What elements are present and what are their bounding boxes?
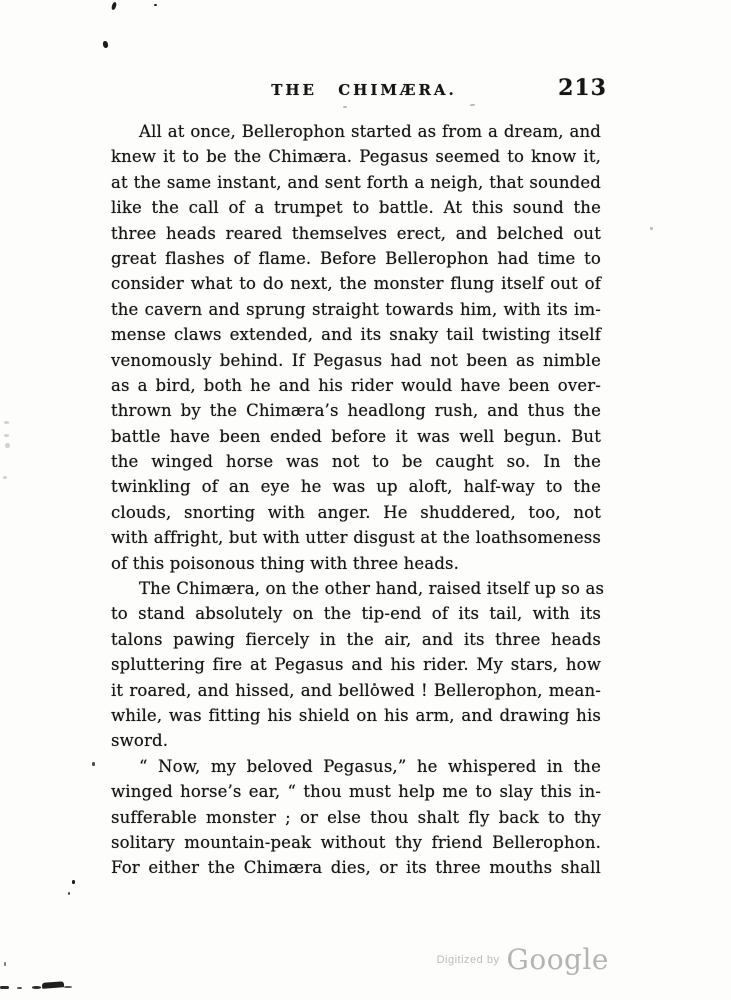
text-line: clouds, snorting with anger. He shuddere… <box>111 500 601 525</box>
ink-speck <box>4 434 9 437</box>
body-text: All at once, Bellerophon started as from… <box>111 119 601 881</box>
text-line: mense claws extended, and its snaky tail… <box>111 322 601 347</box>
text-line: winged horse’s ear, “ thou must help me … <box>111 779 601 804</box>
text-line: talons pawing fiercely in the air, and i… <box>111 627 601 652</box>
ink-speck <box>92 762 95 766</box>
page-edge-smudge <box>0 986 9 989</box>
text-line: consider what to do next, the monster fl… <box>111 271 601 296</box>
text-line: it roared, and hissed, and bellowed ! Be… <box>111 678 601 703</box>
text-line: “ Now, my beloved Pegasus,” he whispered… <box>111 754 601 779</box>
ink-speck <box>650 227 653 230</box>
ink-speck <box>4 962 6 966</box>
ink-speck <box>72 880 75 884</box>
ink-speck <box>68 892 70 895</box>
text-line: with affright, but with utter disgust at… <box>111 525 601 550</box>
running-head: THE CHIMÆRA. 213 <box>0 0 731 110</box>
text-line: The Chimæra, on the other hand, raised i… <box>111 576 601 601</box>
text-line: battle have been ended before it was wel… <box>111 424 601 449</box>
page-title: THE CHIMÆRA. <box>271 81 457 99</box>
text-line: great flashes of flame. Before Belleroph… <box>111 246 601 271</box>
ink-speck <box>4 421 9 424</box>
text-line: For either the Chimæra dies, or its thre… <box>111 855 601 880</box>
page-edge-smudge <box>32 986 41 989</box>
page-number: 213 <box>558 75 607 101</box>
text-line: thrown by the Chimæra’s headlong rush, a… <box>111 398 601 423</box>
text-line: three heads reared themselves erect, and… <box>111 221 601 246</box>
text-line: while, was fitting his shield on his arm… <box>111 703 601 728</box>
text-line: sword. <box>111 728 601 753</box>
digitization-watermark: Digitized byGoogle <box>437 943 609 976</box>
text-line: All at once, Bellerophon started as from… <box>111 119 601 144</box>
text-line: knew it to be the Chimæra. Pegasus seeme… <box>111 144 601 169</box>
text-line: sufferable monster ; or else thou shalt … <box>111 805 601 830</box>
text-line: twinkling of an eye he was up aloft, hal… <box>111 474 601 499</box>
text-line: solitary mountain-peak without thy frien… <box>111 830 601 855</box>
text-line: to stand absolutely on the tip-end of it… <box>111 601 601 626</box>
text-line: of this poisonous thing with three heads… <box>111 551 601 576</box>
page-edge-smudge <box>17 987 22 989</box>
page-edge-smudge <box>42 981 64 989</box>
ink-speck <box>373 683 376 686</box>
ink-speck <box>3 476 7 479</box>
text-line: as a bird, both he and his rider would h… <box>111 373 601 398</box>
watermark-prefix: Digitized by <box>437 954 500 966</box>
text-line: like the call of a trumpet to battle. At… <box>111 195 601 220</box>
page-edge-smudge <box>64 986 72 988</box>
ink-speck <box>5 443 10 448</box>
text-line: the cavern and sprung straight towards h… <box>111 297 601 322</box>
google-logo: Google <box>506 943 609 976</box>
scanned-book-page: THE CHIMÆRA. 213 All at once, Belleropho… <box>0 0 731 1000</box>
text-line: at the same instant, and sent forth a ne… <box>111 170 601 195</box>
text-line: venomously behind. If Pegasus had not be… <box>111 348 601 373</box>
text-line: the winged horse was not to be caught so… <box>111 449 601 474</box>
text-line: spluttering fire at Pegasus and his ride… <box>111 652 601 677</box>
ink-speck <box>343 106 347 108</box>
ink-speck <box>154 4 157 6</box>
